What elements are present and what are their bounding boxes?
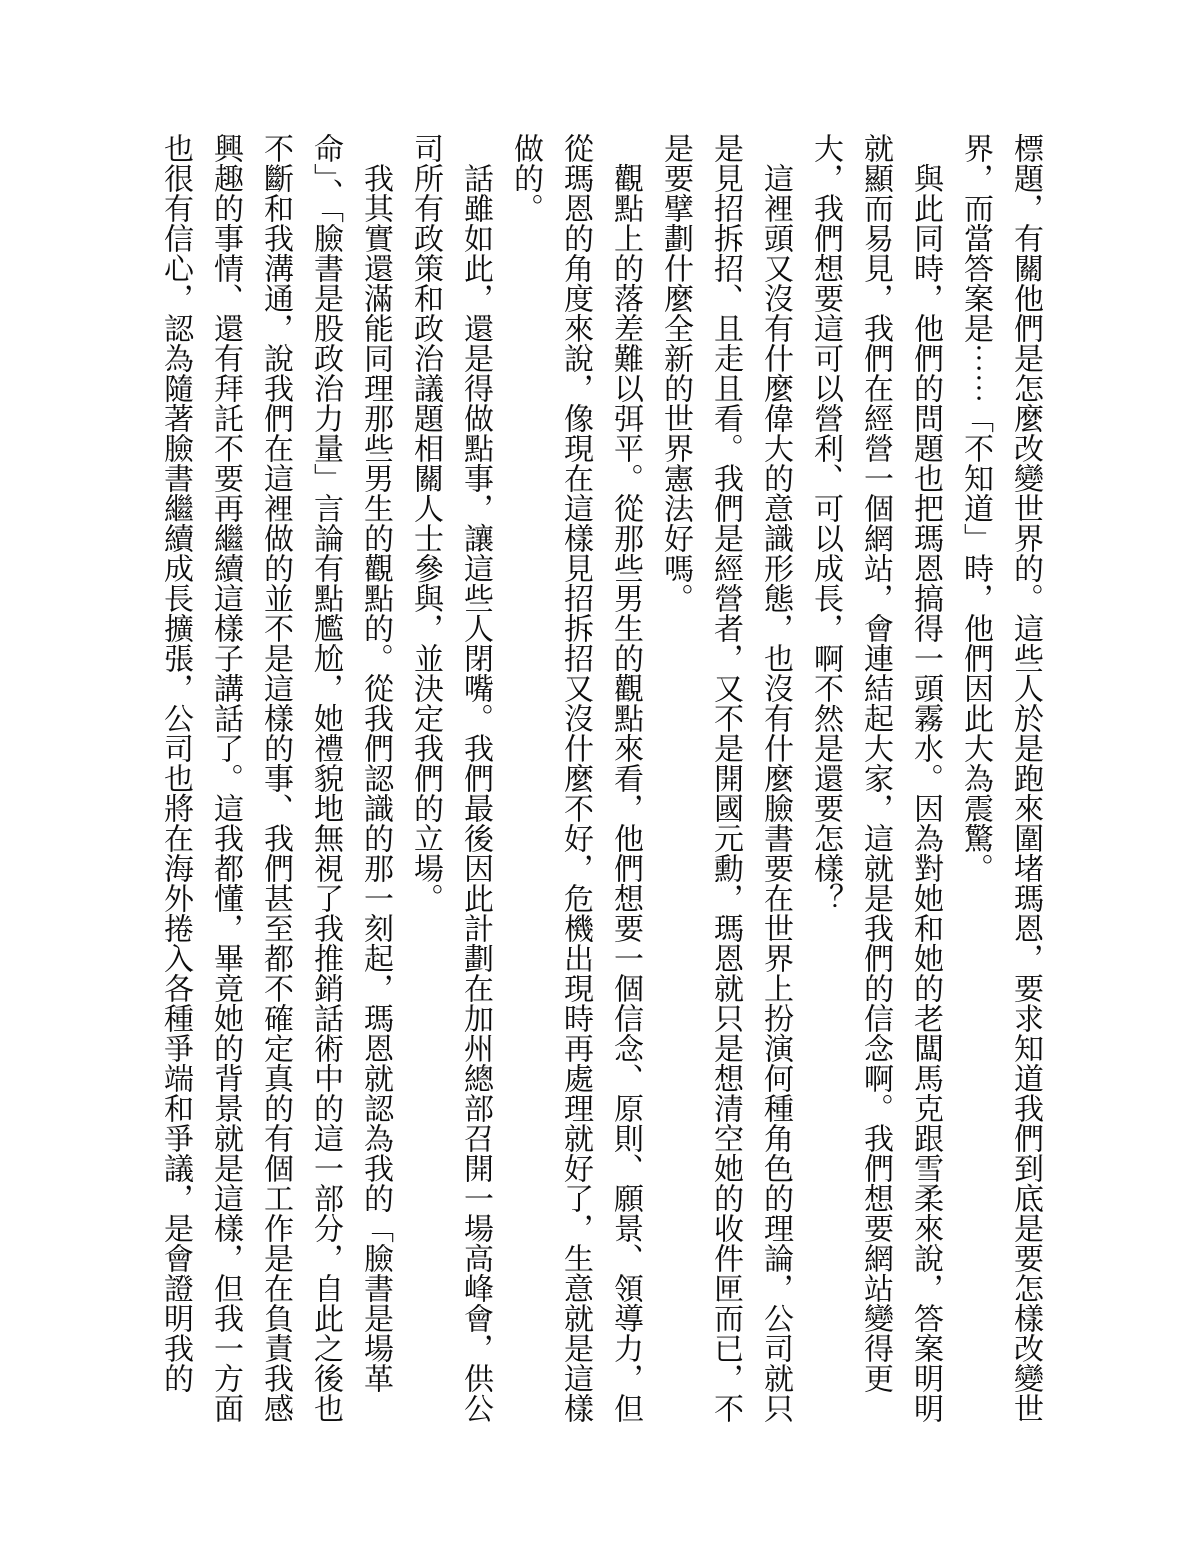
- paragraph-6: 我其實還滿能同理那些男生的觀點的。從我們認識的那一刻起，瑪恩就認為我的「臉書是場…: [150, 133, 400, 1425]
- paragraph-2: 與此同時，他們的問題也把瑪恩搞得一頭霧水。因為對她和她的老闆馬克跟雪柔來說，答案…: [800, 133, 950, 1425]
- page-text-block: 標題，有關他們是怎麼改變世界的。這些人於是跑來圍堵瑪恩，要求知道我們到底是要怎樣…: [148, 133, 1050, 1425]
- book-page: 標題，有關他們是怎麼改變世界的。這些人於是跑來圍堵瑪恩，要求知道我們到底是要怎樣…: [0, 0, 1200, 1553]
- paragraph-4: 觀點上的落差難以弭平。從那些男生的觀點來看，他們想要一個信念、原則、願景、領導力…: [500, 133, 650, 1425]
- paragraph-5: 話雖如此，還是得做點事，讓這些人閉嘴。我們最後因此計劃在加州總部召開一場高峰會，…: [400, 133, 500, 1425]
- paragraph-1-continuation: 標題，有關他們是怎麼改變世界的。這些人於是跑來圍堵瑪恩，要求知道我們到底是要怎樣…: [950, 133, 1050, 1425]
- paragraph-3: 這裡頭又沒有什麼偉大的意識形態，也沒有什麼臉書要在世界上扮演何種角色的理論，公司…: [650, 133, 800, 1425]
